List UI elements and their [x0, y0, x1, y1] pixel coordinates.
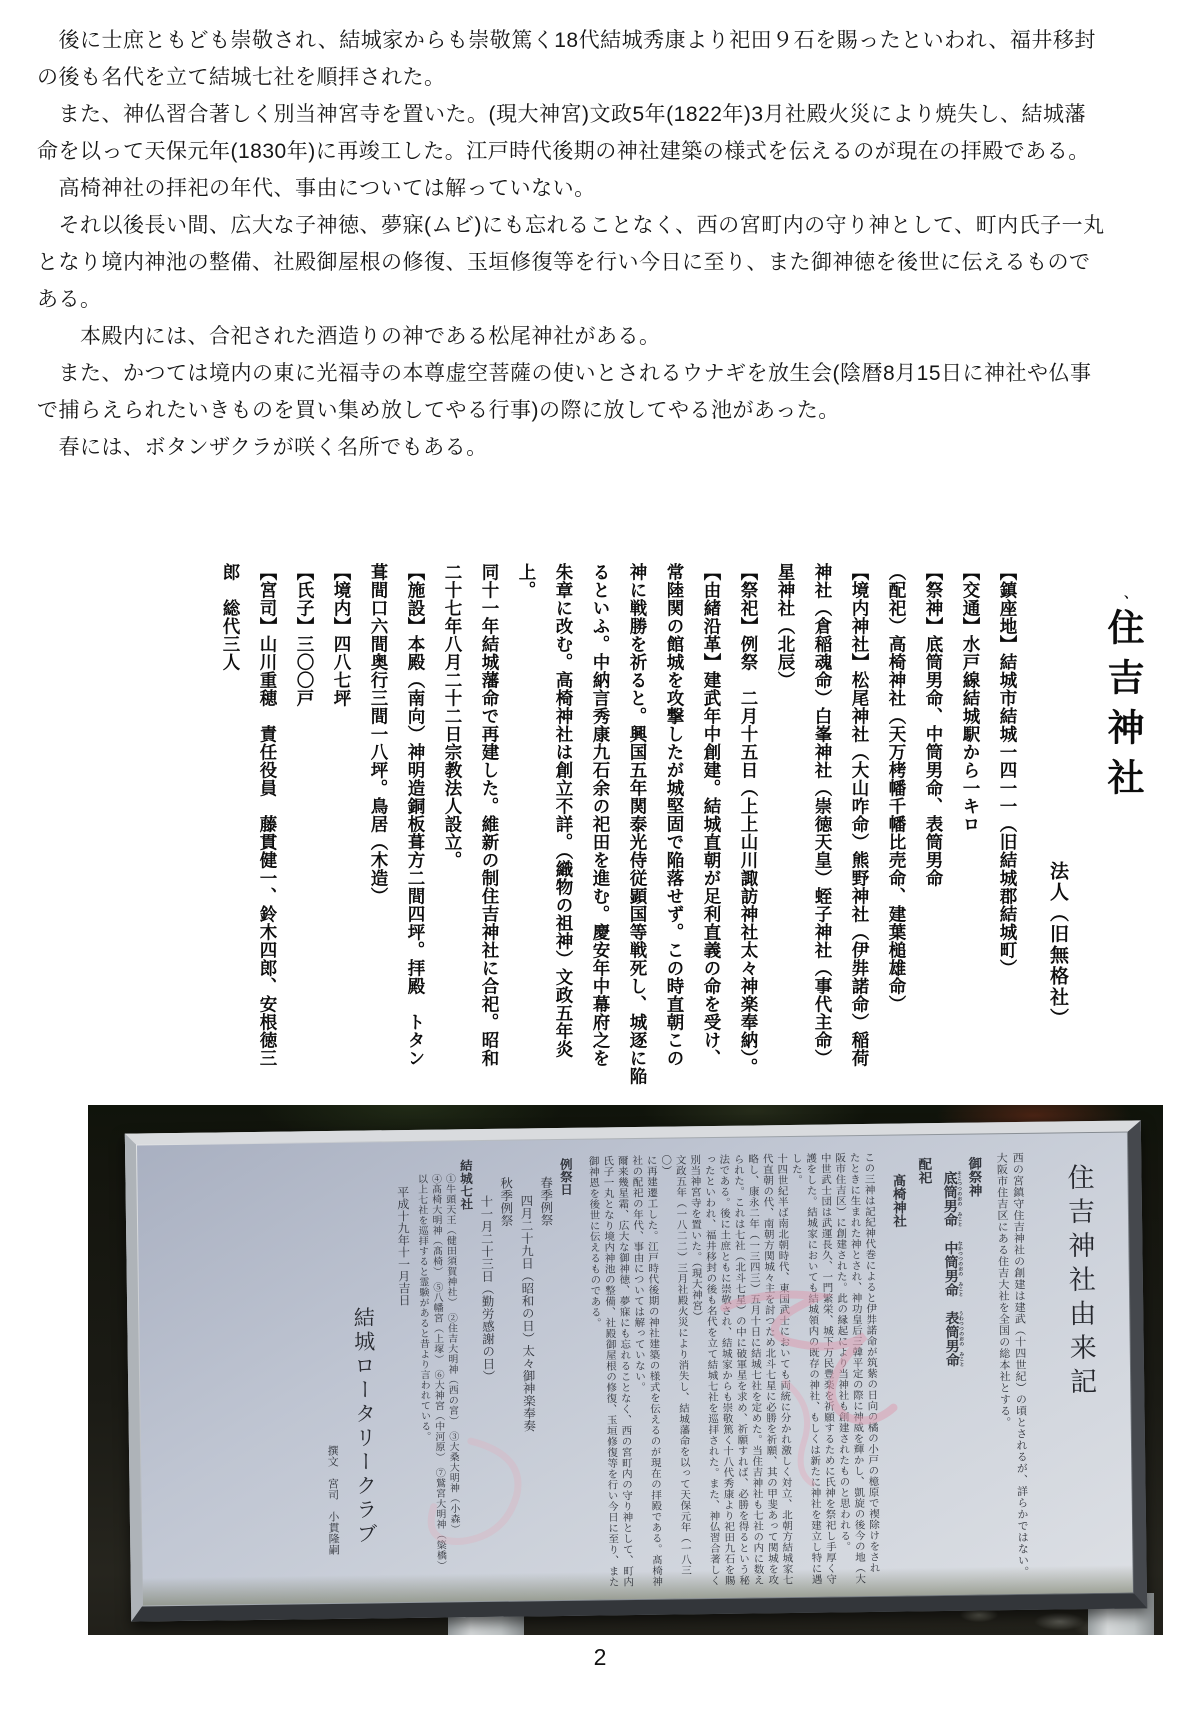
sign-photo: 住吉神社由来記 西の宮鎮守住吉神社の創建は建武（十四世紀）の頃とされるが、詳らか…	[88, 1105, 1163, 1635]
directory-column-1: 【鎮座地】結城市結城一四一一（旧結城郡結城町）	[989, 533, 1026, 1085]
kami-1: 底筒男命そこつつのおの みこと	[941, 1171, 957, 1227]
directory-column-21: 郎 総代三人	[212, 533, 249, 1085]
sign-club: 結城ロータリークラブ	[343, 1156, 385, 1592]
haishi-name: 髙椅神社	[885, 1149, 915, 1585]
directory-column-5: 【境内神社】松尾神社（大山咋命）熊野神社（伊弉諾命）稲荷	[841, 533, 878, 1085]
intro-line-12: 春には、ボタンザクラが咲く名所でもある。	[37, 429, 1165, 466]
directory-column-2: 【交通】水戸線結城駅から一キロ	[952, 533, 989, 1085]
sign-title: 住吉神社由来記	[1049, 1147, 1113, 1584]
intro-line-10: また、かつては境内の東に光福寺の本尊虚空菩薩の使いとされるウナギを放生会(陰暦8…	[37, 355, 1165, 392]
directory-column-14: 同十一年結城藩命で再建した。維新の制住吉神社に合祀。昭和	[471, 533, 508, 1085]
directory-column-10: 常陸関の館城を攻撃したが城堅固で陥落せず。この時直朝この	[656, 533, 693, 1085]
notice-board: 住吉神社由来記 西の宮鎮守住吉神社の創建は建武（十四世紀）の頃とされるが、詳らか…	[125, 1120, 1147, 1621]
notice-board-face: 住吉神社由来記 西の宮鎮守住吉神社の創建は建武（十四世紀）の頃とされるが、詳らか…	[137, 1133, 1133, 1606]
directory-subtitle: 法人（旧無格社）	[1036, 533, 1078, 1085]
kami-3: 表筒男命うわつつのおの みこと	[943, 1311, 959, 1367]
notice-board-text: 住吉神社由来記 西の宮鎮守住吉神社の創建は建武（十四世紀）の頃とされるが、詳らか…	[153, 1147, 1113, 1595]
directory-column-17: 葺間口六間奥行三間一八坪。鳥居（木造）	[360, 533, 397, 1085]
sign-lead: 西の宮鎮守住吉神社の創建は建武（十四世紀）の頃とされるが、詳らかではない。大阪市…	[993, 1148, 1031, 1584]
history-column-14: 文政五年（一八二二）三月社殿火災により消失し、結城藩命を以って天保元年（一八三〇…	[658, 1152, 693, 1588]
directory-column-15: 二十七年八月二十二日宗教法人設立。	[434, 533, 471, 1085]
directory-column-19: 【氏子】三〇〇戸	[286, 533, 323, 1085]
directory-column-16: 【施設】本殿（南向）神明造銅板葺方二間四坪。拝殿 トタン	[397, 533, 434, 1085]
directory-column-3: 【祭神】底筒男命、中筒男命、表筒男命	[915, 533, 952, 1085]
intro-line-7: となり境内神池の整備、社殿御屋根の修復、玉垣修復等を行い今日に至り、また御神徳を…	[37, 244, 1165, 281]
yuki-nanasha: 結城七社①牛頭天王（健田須賀神社） ②住吉大明神（西の宮） ③大桑大明神（小森）…	[413, 1155, 481, 1592]
directory-column-20: 【宮司】山川重穂 責任役員 藤貫健一、鈴木四郎、安根徳三	[249, 533, 286, 1085]
directory-column-12: るといふ。中納言秀康九石余の祀田を進む。慶安年中幕府之を	[582, 533, 619, 1085]
title-mark: 、	[1114, 595, 1129, 608]
kami-2: 中筒男命なかつつのおの みこと	[942, 1241, 958, 1297]
sign-festivals: 例祭日春季例祭四月二十九日（昭和の日）太々御神楽奉奏秋季例祭十一月二十三日（勤労…	[475, 1154, 581, 1591]
directory-column-18: 【境内】四八七坪	[323, 533, 360, 1085]
intro-line-8: ある。	[37, 281, 1165, 318]
page-number: 2	[0, 1644, 1200, 1671]
intro-line-2: の後も名代を立て結城七社を順拝された。	[37, 59, 1165, 96]
directory-column-7: 星神社（北辰）	[767, 533, 804, 1085]
document-page: { "page": { "number": "2" }, "intro": { …	[0, 0, 1200, 1710]
intro-paragraphs: 後に士庶ともども崇敬され、結城家からも崇敬篤く18代結城秀康より祀田９石を賜った…	[37, 22, 1165, 466]
directory-column-9: 【由緒沿革】建武年中創建。結城直朝が足利直義の命を受け、	[693, 533, 730, 1085]
directory-column-11: 神に戦勝を祈ると。興国五年関泰光侍従顕国等戦死し、城逐に陥	[619, 533, 656, 1085]
directory-title-text: 住吉神社	[1101, 608, 1142, 808]
intro-line-4: 命を以って天保元年(1830年)に再竣工した。江戸時代後期の神社建築の様式を伝え…	[37, 133, 1165, 170]
shrine-directory: 、住吉神社 法人（旧無格社） 【鎮座地】結城市結城一四一一（旧結城郡結城町）【交…	[238, 533, 1146, 1085]
directory-title: 、住吉神社	[1096, 533, 1146, 1085]
sign-author: 撰文 宮司 小貫隆嗣	[319, 1157, 343, 1593]
directory-column-8: 【祭祀】例祭 二月十五日（上上山川諏訪神社太々神楽奉納）。	[730, 533, 767, 1085]
directory-column-6: 神社（倉稲魂命）白峯神社（崇徳天皇）蛭子神社（事代主命）	[804, 533, 841, 1085]
directory-column-13: 朱章に改む。高椅神社は創立不詳。（織物の祖神）文政五年炎上。	[508, 533, 582, 1085]
intro-line-5: 高椅神社の拝祀の年代、事由については解っていない。	[37, 170, 1165, 207]
directory-columns: 【鎮座地】結城市結城一四一一（旧結城郡結城町）【交通】水戸線結城駅から一キロ【祭…	[212, 533, 1026, 1085]
intro-line-3: また、神仏習合著しく別当神宮寺を置いた。(現大神宮)文政5年(1822年)3月社…	[37, 96, 1165, 133]
intro-line-9: 本殿内には、合祀された酒造りの神である松尾神社がある。	[37, 318, 1165, 355]
intro-line-11: で捕らえられたいきものを買い集め放してやる行事)の際に放してやる池があった。	[37, 392, 1165, 429]
sign-history: この三神は記紀神代巻によると伊弉諾命が筑紫の日向の橘の小戸の檍原で禊除けをされた…	[585, 1150, 881, 1590]
intro-line-6: それ以後長い間、広大な子神徳、夢寐(ムビ)にも忘れることなく、西の宮町内の守り神…	[37, 207, 1165, 244]
intro-line-1: 後に士庶ともども崇敬され、結城家からも崇敬篤く18代結城秀康より祀田９石を賜った…	[37, 22, 1165, 59]
directory-column-4: （配祀）高椅神社（天万栲幡千幡比売命、建葉槌雄命）	[878, 533, 915, 1085]
